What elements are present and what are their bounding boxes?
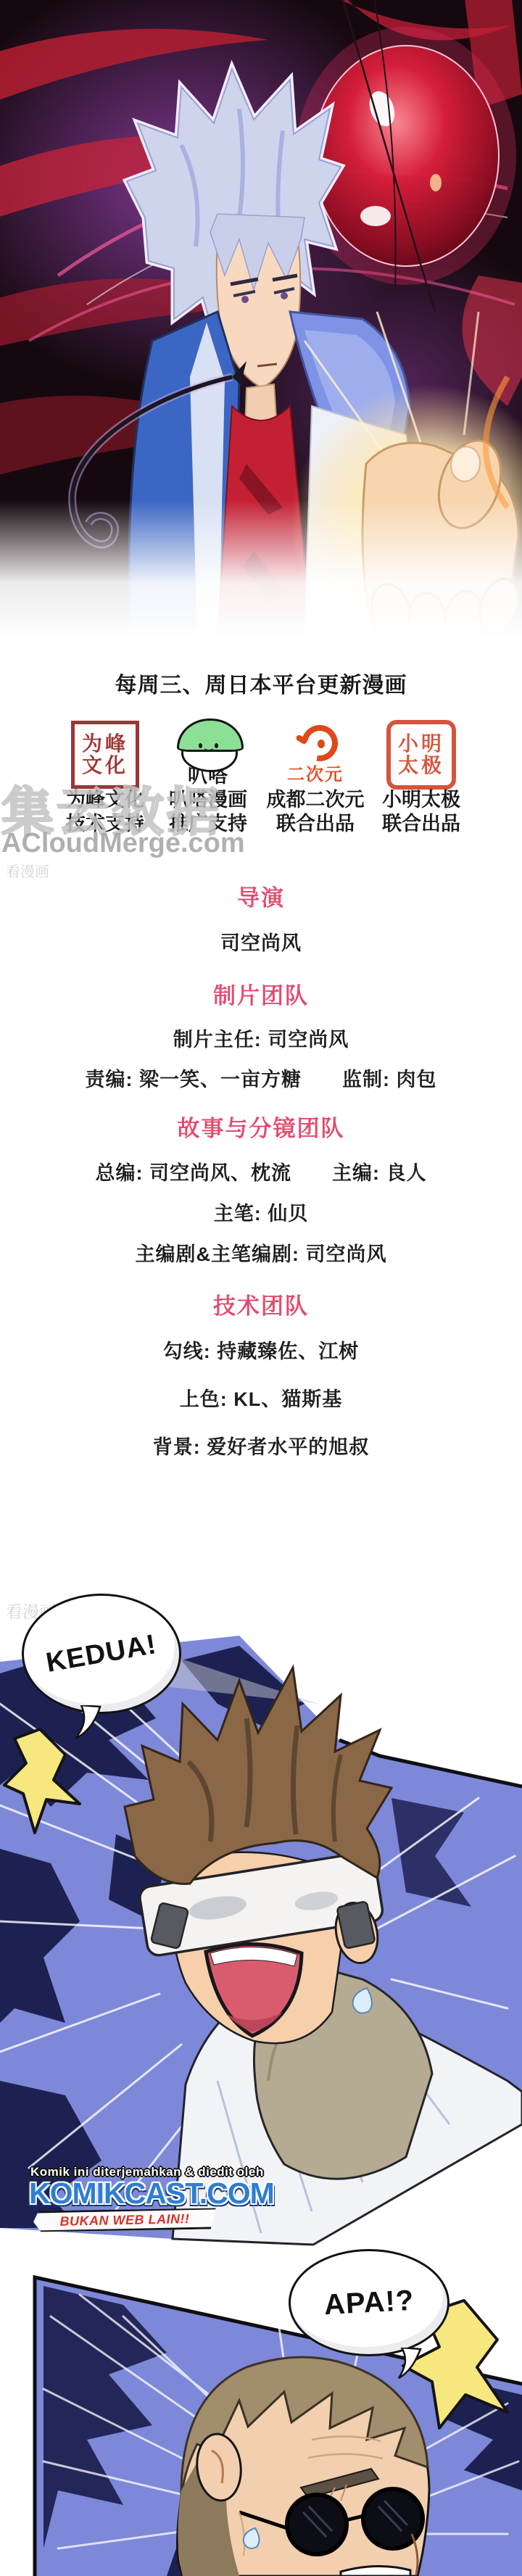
speech-text: APA!? <box>323 2284 415 2321</box>
white-fade <box>0 500 522 638</box>
sunglasses-man-illustration <box>177 2357 429 2576</box>
schedule-note: 每周三、周日本平台更新漫画 <box>0 667 522 699</box>
xiaoming-taiji-seal-icon: 小明太极 <box>386 720 456 790</box>
credits-line: 上色: KL、猫斯基 <box>0 1383 522 1412</box>
sponsor-caption: 联合出品 <box>261 812 370 836</box>
sponsor-caption: 成都二次元 <box>261 788 370 812</box>
komikcast-logo-text: KOMIKCAST.COM <box>29 2177 274 2211</box>
comic-page: 每周三、周日本平台更新漫画 为峰文化 为峰文化 技术支持 叭嗒 叭嗒漫画 推广支… <box>0 0 522 2576</box>
sponsor-xiaoming-taiji: 小明太极 小明太极 联合出品 <box>367 721 476 836</box>
credits-line: 勾线: 持藏臻佐、江树 <box>0 1335 522 1364</box>
speech-text: KEDUA! <box>44 1628 159 1678</box>
speech-bubble-kedua: KEDUA! <box>22 1594 181 1714</box>
credits-line: 责编: 梁一笑、一亩方糖 监制: 肉包 <box>0 1064 522 1092</box>
cover-art-illustration <box>0 0 522 638</box>
komikcast-tagline-text: BUKAN WEB LAIN!! <box>59 2211 189 2229</box>
erciyuan-logo-text: 二次元 <box>287 760 344 785</box>
sponsor-erciyuan: 二次元 成都二次元 联合出品 <box>261 721 370 836</box>
speech-bubble-tail <box>397 2348 429 2381</box>
sponsor-caption: 联合出品 <box>367 812 476 836</box>
speech-bubble-apa: APA!? <box>289 2249 449 2356</box>
credits-line: 总编: 司空尚风、枕流 主编: 良人 <box>0 1157 522 1185</box>
sponsor-caption: 小明太极 <box>367 788 476 812</box>
credits-line: 背景: 爱好者水平的旭叔 <box>0 1431 522 1459</box>
credits-heading-director: 导演 <box>0 879 522 912</box>
credits-heading-production-team: 制片团队 <box>0 977 522 1010</box>
komikcast-tagline-banner: BUKAN WEB LAIN!! <box>33 2207 217 2232</box>
credits-line: 司空尚风 <box>0 927 522 956</box>
erciyuan-icon <box>294 725 336 758</box>
credits-line: 制片主任: 司空尚风 <box>0 1024 522 1052</box>
bada-mascot-icon <box>177 721 239 764</box>
credits-line: 主编剧&主笔编剧: 司空尚风 <box>0 1238 522 1267</box>
speech-bubble-tail <box>75 1705 112 1742</box>
credits-heading-story-team: 故事与分镜团队 <box>0 1110 522 1143</box>
watermark-site: ACloudMerge.com <box>1 828 262 859</box>
credits-line: 主笔: 仙贝 <box>0 1198 522 1226</box>
credits-heading-tech-team: 技术团队 <box>0 1288 522 1320</box>
watermark-corner: 看漫画 <box>6 860 49 881</box>
